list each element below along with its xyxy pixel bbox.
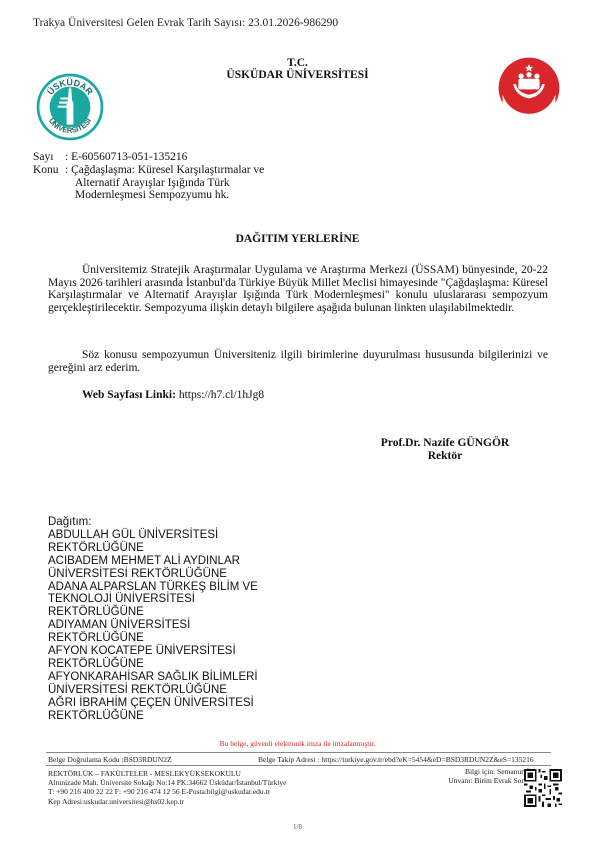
distribution-line: AĞRI İBRAHİM ÇEÇEN ÜNİVERSİTESİ (48, 697, 258, 710)
distribution-line: ADANA ALPARSLAN TÜRKEŞ BİLİM VE (48, 581, 258, 594)
distribution-line: REKTÖRLÜĞÜNE (48, 542, 258, 555)
web-link-label: Web Sayfası Linki: (82, 389, 176, 401)
subject-line-2: Alternatif Arayışlar Işığında Türk (33, 177, 264, 190)
subject-line-3: Modernleşmesi Sempozyumu hk. (33, 189, 264, 202)
distribution-label: Dağıtım: (48, 516, 258, 529)
document-number-label: Sayı (33, 151, 65, 164)
subject-line-1: : Çağdaşlaşma: Küresel Karşılaştırmalar … (65, 164, 264, 176)
body-paragraph-2-text: Söz konusu sempozyumun Üniversiteniz ilg… (48, 349, 548, 374)
distribution-line: ABDULLAH GÜL ÜNİVERSİTESİ (48, 529, 258, 542)
footer-divider-top (46, 752, 551, 753)
signatory-name: Prof.Dr. Nazife GÜNGÖR (340, 437, 550, 449)
verification-code: Belge Doğrulama Kodu :BSD3RDUN2Z (48, 755, 172, 764)
distribution-line: AFYON KOCATEPE ÜNİVERSİTESİ (48, 645, 258, 658)
distribution-line: REKTÖRLÜĞÜNE (48, 606, 258, 619)
incoming-document-stamp: Trakya Üniversitesi Gelen Evrak Tarih Sa… (33, 17, 338, 29)
address-line: REKTÖRLÜK – FAKÜLTELER - MESLEKYÜKSEKOKU… (48, 769, 287, 778)
body-paragraph-2: Söz konusu sempozyumun Üniversiteniz ilg… (48, 349, 548, 374)
web-link[interactable]: https://h7.cl/1hJg8 (179, 389, 264, 401)
institution-address: REKTÖRLÜK – FAKÜLTELER - MESLEKYÜKSEKOKU… (48, 769, 287, 806)
document-number-value: : E-60560713-051-135216 (65, 151, 187, 163)
body-paragraph-1-text: Üniversitemiz Stratejik Araştırmalar Uyg… (48, 264, 548, 314)
distribution-list: Dağıtım: ABDULLAH GÜL ÜNİVERSİTESİ REKTÖ… (48, 516, 258, 723)
recipient-heading: DAĞITIM YERLERİNE (0, 233, 595, 245)
distribution-line: TEKNOLOJİ ÜNİVERSİTESİ (48, 593, 258, 606)
distribution-line: REKTÖRLÜĞÜNE (48, 710, 258, 723)
uskudar-university-logo-icon: ÜSKÜDAR ÜNİVERSİTESİ (36, 73, 104, 141)
tracking-address[interactable]: Belge Takip Adresi : https://turkiye.gov… (258, 755, 534, 764)
footer-divider-bottom (46, 765, 551, 766)
distribution-line: ÜNİVERSİTESİ REKTÖRLÜĞÜNE (48, 684, 258, 697)
distribution-line: ADIYAMAN ÜNİVERSİTESİ (48, 619, 258, 632)
family-year-logo-icon: 2025 AİLE YILI (496, 55, 562, 121)
distribution-line: REKTÖRLÜĞÜNE (48, 632, 258, 645)
address-line: T: +90 216 400 22 22 F: +90 216 474 12 5… (48, 787, 287, 796)
address-line: Altunizade Mah. Üniversite Sokağı No:14 … (48, 778, 287, 787)
qr-code-icon (524, 769, 562, 807)
subject-label: Konu (33, 164, 65, 177)
distribution-line: ACIBADEM MEHMET ALİ AYDINLAR (48, 555, 258, 568)
distribution-line: REKTÖRLÜĞÜNE (48, 658, 258, 671)
esignature-notice: Bu belge, güvenli elektronik imza ile im… (0, 739, 595, 748)
document-number-row: Sayı: E-60560713-051-135216 (33, 151, 187, 164)
distribution-line: ÜNİVERSİTESİ REKTÖRLÜĞÜNE (48, 568, 258, 581)
distribution-line: AFYONKARAHİSAR SAĞLIK BİLİMLERİ (48, 671, 258, 684)
subject-block: Konu: Çağdaşlaşma: Küresel Karşılaştırma… (33, 164, 264, 202)
page-number: 1/8 (0, 823, 595, 831)
body-paragraph-1: Üniversitemiz Stratejik Araştırmalar Uyg… (48, 264, 548, 314)
signatory-title: Rektör (340, 450, 550, 462)
web-link-row: Web Sayfası Linki: https://h7.cl/1hJg8 (82, 389, 264, 401)
address-line: Kep Adresi:uskudar.universitesi@hs02.kep… (48, 797, 287, 806)
